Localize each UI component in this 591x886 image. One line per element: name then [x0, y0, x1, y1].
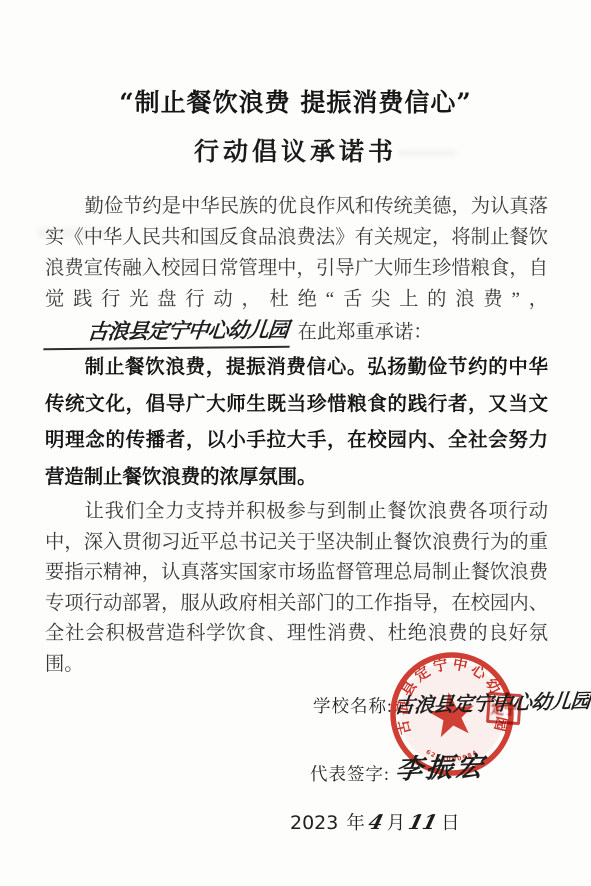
representative-signature-row: 代表签字:李振宏 [310, 749, 486, 788]
date-year-unit: 年 [346, 814, 365, 834]
school-name-label: 学校名称: [313, 696, 393, 716]
date-row: 2023年4月11日 [290, 809, 462, 835]
representative-signature-label: 代表签字: [310, 764, 390, 784]
paragraph-commitment: 制止餐饮浪费，提振消费信心。弘扬勤俭节约的中华传统文化，倡导广大师生既当珍惜粮食… [45, 349, 548, 495]
paragraph-intro: 勤俭节约是中华民族的优良作风和传统美德，为认真落实《中华人民共和国反食品浪费法》… [45, 191, 548, 349]
school-name-row: 学校名称:古浪县定宁中心幼儿园 [313, 689, 590, 718]
date-month-handwritten: 4 [366, 810, 386, 834]
school-name-handwritten: 古浪县定宁中心幼儿园 [393, 684, 591, 718]
date-month-unit: 月 [387, 814, 406, 834]
document-title-line2: 行动倡议承诺书 [0, 132, 591, 168]
representative-signature-handwritten: 李振宏 [394, 744, 489, 786]
handwritten-school-name-inline: 古浪县定宁中心幼儿园 [43, 314, 292, 351]
date-day-handwritten: 11 [406, 810, 440, 834]
document-title-line1: “制止餐饮浪费 提振消费信心” [0, 83, 591, 119]
paragraph-intro-text: 勤俭节约是中华民族的优良作风和传统美德，为认真落实《中华人民共和国反食品浪费法》… [45, 196, 548, 310]
scan-smudge [196, 138, 202, 143]
scan-smudge [398, 150, 456, 156]
paragraph-intro-conclusion: 在此郑重承诺： [298, 322, 433, 343]
date-day-unit: 日 [441, 814, 460, 834]
document-page: “制止餐饮浪费 提振消费信心” 行动倡议承诺书 勤俭节约是中华民族的优良作风和传… [0, 0, 591, 886]
date-year: 2023 [290, 812, 338, 834]
